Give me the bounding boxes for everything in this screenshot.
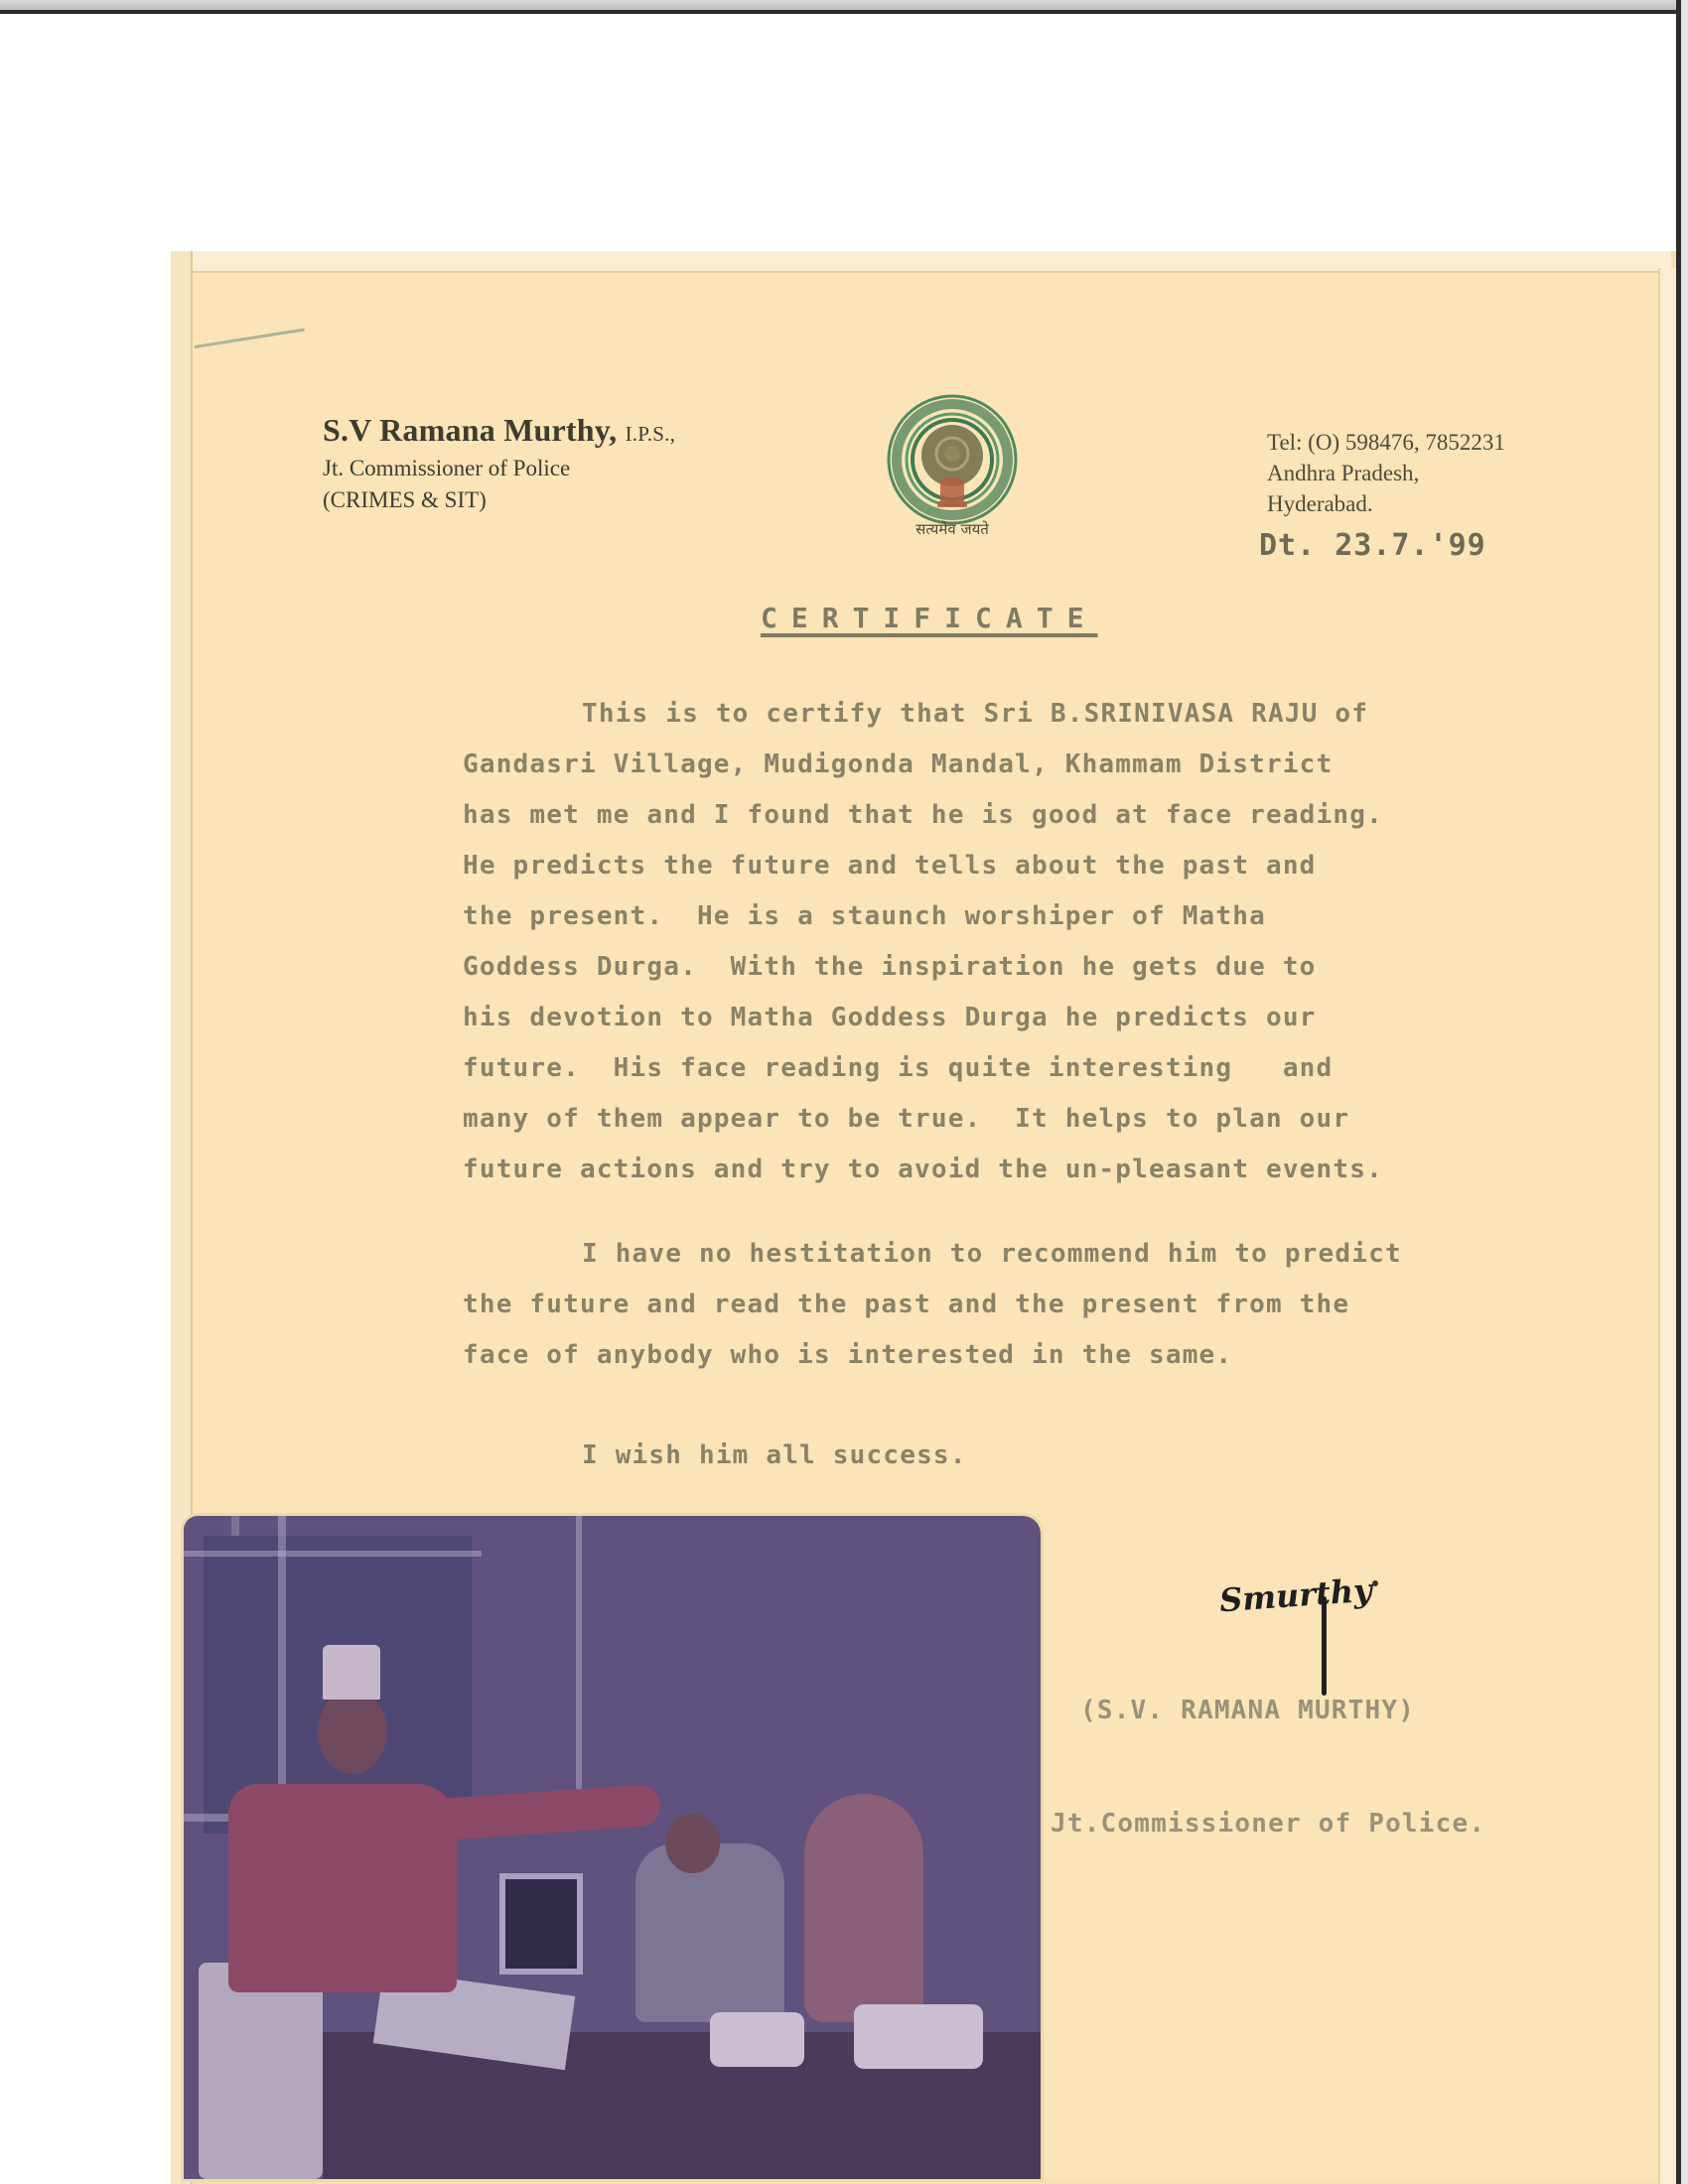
photo-man-cap	[323, 1645, 380, 1700]
letterhead-contact: Tel: (O) 598476, 7852231 Andhra Pradesh,…	[1267, 427, 1505, 519]
body-paragraph-2: I have no hestitation to recommend him t…	[463, 1229, 1585, 1381]
body-line: I wish him all success.	[463, 1431, 1585, 1481]
photo-telephone	[854, 2004, 983, 2069]
contact-state: Andhra Pradesh,	[1267, 458, 1505, 488]
photo-official-head	[665, 1814, 720, 1873]
body-line: Goddess Durga. With the inspiration he g…	[463, 942, 1585, 993]
body-line: the future and read the past and the pre…	[463, 1280, 1585, 1330]
body-line: face of anybody who is interested in the…	[463, 1330, 1585, 1381]
paper-edge-top	[177, 251, 1671, 273]
scan-frame-right-outer	[1681, 0, 1688, 2184]
scan-frame-top	[0, 0, 1680, 14]
body-line: future. His face reading is quite intere…	[463, 1043, 1585, 1094]
photo-chair	[804, 1794, 923, 2022]
photo-window-frame	[184, 1551, 482, 1557]
body-line: I have no hestitation to recommend him t…	[463, 1229, 1585, 1280]
body-line: This is to certify that Sri B.SRINIVASA …	[463, 689, 1585, 740]
photo-seated-official	[635, 1843, 784, 2022]
body-line: has met me and I found that he is good a…	[463, 790, 1585, 841]
body-paragraph-1: This is to certify that Sri B.SRINIVASA …	[463, 689, 1585, 1195]
photo-window-frame	[576, 1516, 582, 1814]
photo-man-head	[318, 1690, 387, 1774]
letter-date: Dt. 23.7.'99	[1259, 528, 1486, 563]
signature-dot	[1372, 1580, 1378, 1586]
body-line: the present. He is a staunch worshiper o…	[463, 891, 1585, 942]
signatory-name: (S.V. RAMANA MURTHY)	[1051, 1692, 1485, 1729]
body-line: many of them appear to be true. It helps…	[463, 1094, 1585, 1145]
body-paragraph-3: I wish him all success.	[463, 1431, 1585, 1481]
photo-telephone	[710, 2012, 804, 2067]
paper-edge-right	[1658, 268, 1676, 2184]
body-line: He predicts the future and tells about t…	[463, 841, 1585, 891]
photo-window-frame	[278, 1516, 286, 1814]
body-line: Gandasri Village, Mudigonda Mandal, Kham…	[463, 740, 1585, 790]
signatory-title: Jt.Commissioner of Police.	[1051, 1805, 1485, 1843]
sender-department: (CRIMES & SIT)	[323, 484, 675, 516]
body-line: future actions and try to avoid the un-p…	[463, 1145, 1585, 1195]
signature-block: (S.V. RAMANA MURTHY) Jt.Commissioner of …	[1051, 1616, 1485, 1880]
body-line: his devotion to Matha Goddess Durga he p…	[463, 993, 1585, 1043]
photo-man-dhoti	[199, 1963, 323, 2179]
photo-computer-monitor	[499, 1873, 583, 1975]
contact-telephone: Tel: (O) 598476, 7852231	[1267, 427, 1505, 458]
contact-city: Hyderabad.	[1267, 488, 1505, 519]
sender-name-line: S.V Ramana Murthy, I.P.S.,	[323, 411, 675, 453]
andhra-pradesh-government-emblem-icon: सत्यमेव जयते	[878, 392, 1027, 541]
sender-name: S.V Ramana Murthy,	[323, 412, 617, 448]
sender-designation: Jt. Commissioner of Police	[323, 453, 675, 484]
svg-text:सत्यमेव जयते: सत्यमेव जयते	[915, 520, 989, 538]
attached-photograph	[184, 1516, 1041, 2179]
sender-name-suffix: I.P.S.,	[626, 422, 675, 446]
letterhead-sender: S.V Ramana Murthy, I.P.S., Jt. Commissio…	[323, 411, 675, 516]
certificate-title: CERTIFICATE	[761, 602, 1097, 634]
